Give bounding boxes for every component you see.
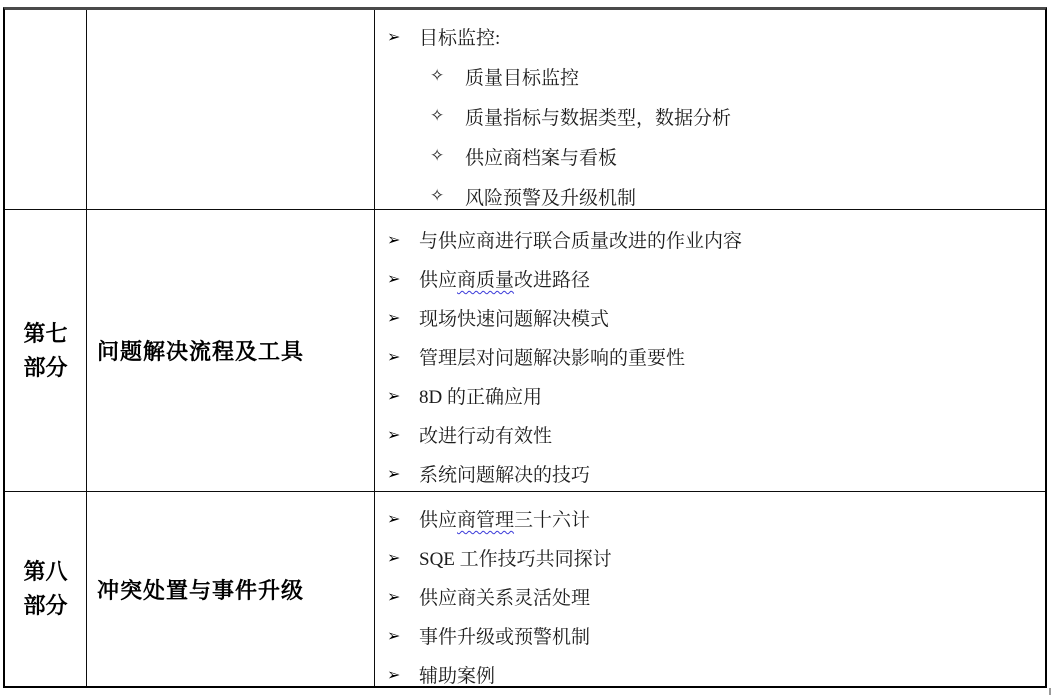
arrow-bullet-icon: ➢ — [387, 626, 419, 645]
misspelled-text-segment: 商质量 — [457, 270, 514, 291]
section-title-cell: 冲突处置与事件升级 — [87, 492, 375, 686]
list-item: ✧质量目标监控 — [375, 56, 1045, 96]
list-item-text: 风险预警及升级机制 — [465, 183, 636, 210]
part-cell: 第八部分 — [5, 492, 87, 686]
list-item-text: 8D 的正确应用 — [419, 382, 542, 409]
text-segment: 供应商关系灵活处理 — [419, 588, 590, 609]
part-cell: 第七部分 — [5, 210, 87, 492]
text-segment: 改进行动有效性 — [419, 426, 552, 447]
arrow-bullet-icon: ➢ — [387, 548, 419, 567]
list-item: ➢事件升级或预警机制 — [375, 616, 1045, 655]
text-segment: 供应 — [419, 270, 457, 291]
table-continuation-fragment — [1049, 688, 1051, 695]
section-title: 问题解决流程及工具 — [97, 335, 304, 366]
arrow-bullet-icon: ➢ — [387, 665, 419, 684]
arrow-bullet-icon: ➢ — [387, 308, 419, 327]
text-segment: 质量目标监控 — [465, 68, 579, 89]
list-item-text: 改进行动有效性 — [419, 421, 552, 448]
list-item: ➢供应商管理三十六计 — [375, 499, 1045, 538]
list-item-text: 质量目标监控 — [465, 63, 579, 90]
list-item: ➢现场快速问题解决模式 — [375, 298, 1045, 337]
list-item: ➢系统问题解决的技巧 — [375, 454, 1045, 492]
arrow-bullet-icon: ➢ — [387, 587, 419, 606]
diamond-bullet-icon: ✧ — [430, 146, 465, 166]
list-item-text: 质量指标与数据类型，数据分析 — [465, 103, 731, 130]
list-item-text: 管理层对问题解决影响的重要性 — [419, 343, 685, 370]
list-item: ➢管理层对问题解决影响的重要性 — [375, 337, 1045, 376]
bullet-list: ➢供应商管理三十六计➢SQE 工作技巧共同探讨➢供应商关系灵活处理➢事件升级或预… — [375, 492, 1045, 686]
list-item-text: 供应商质量改进路径 — [419, 265, 590, 292]
outline-table: ➢目标监控:✧质量目标监控✧质量指标与数据类型，数据分析✧供应商档案与看板✧风险… — [3, 7, 1047, 688]
text-segment: 系统问题解决的技巧 — [419, 465, 590, 486]
diamond-bullet-icon: ✧ — [430, 106, 465, 126]
list-item: ➢辅助案例 — [375, 655, 1045, 686]
section-title-cell — [87, 10, 375, 210]
arrow-bullet-icon: ➢ — [387, 425, 419, 444]
arrow-bullet-icon: ➢ — [387, 464, 419, 483]
list-item: ✧风险预警及升级机制 — [375, 176, 1045, 210]
part-label-line2: 部分 — [23, 589, 67, 623]
text-segment: 管理层对问题解决影响的重要性 — [419, 348, 685, 369]
section-title: 冲突处置与事件升级 — [97, 574, 304, 605]
section-title-cell: 问题解决流程及工具 — [87, 210, 375, 492]
arrow-bullet-icon: ➢ — [387, 386, 419, 405]
arrow-bullet-icon: ➢ — [387, 27, 419, 46]
arrow-bullet-icon: ➢ — [387, 230, 419, 249]
text-segment: SQE 工作技巧共同探讨 — [419, 549, 612, 570]
text-segment: 辅助案例 — [419, 666, 495, 686]
list-item: ➢供应商质量改进路径 — [375, 259, 1045, 298]
text-segment: 改进路径 — [514, 270, 590, 291]
arrow-bullet-icon: ➢ — [387, 347, 419, 366]
arrow-bullet-icon: ➢ — [387, 269, 419, 288]
text-segment: 事件升级或预警机制 — [419, 627, 590, 648]
list-item-text: SQE 工作技巧共同探讨 — [419, 544, 612, 571]
diamond-bullet-icon: ✧ — [430, 66, 465, 86]
list-item: ➢改进行动有效性 — [375, 415, 1045, 454]
items-cell: ➢目标监控:✧质量目标监控✧质量指标与数据类型，数据分析✧供应商档案与看板✧风险… — [375, 10, 1045, 210]
part-cell — [5, 10, 87, 210]
part-label-line1: 第八 — [23, 555, 67, 589]
list-item: ➢目标监控: — [375, 16, 1045, 56]
misspelled-text-segment: 商管理 — [457, 510, 514, 531]
part-label-line2: 部分 — [23, 351, 67, 385]
document-page: ➢目标监控:✧质量目标监控✧质量指标与数据类型，数据分析✧供应商档案与看板✧风险… — [0, 0, 1055, 695]
text-segment: 三十六计 — [514, 510, 590, 531]
list-item-text: 系统问题解决的技巧 — [419, 460, 590, 487]
list-item-text: 辅助案例 — [419, 661, 495, 686]
diamond-bullet-icon: ✧ — [430, 186, 465, 206]
text-segment: 供应 — [419, 510, 457, 531]
arrow-bullet-icon: ➢ — [387, 509, 419, 528]
text-segment: 与供应商进行联合质量改进的作业内容 — [419, 231, 742, 252]
list-item: ➢供应商关系灵活处理 — [375, 577, 1045, 616]
list-item: ➢SQE 工作技巧共同探讨 — [375, 538, 1045, 577]
text-segment: 目标监控: — [419, 28, 500, 49]
items-cell: ➢供应商管理三十六计➢SQE 工作技巧共同探讨➢供应商关系灵活处理➢事件升级或预… — [375, 492, 1045, 686]
list-item-text: 与供应商进行联合质量改进的作业内容 — [419, 226, 742, 253]
items-cell: ➢与供应商进行联合质量改进的作业内容➢供应商质量改进路径➢现场快速问题解决模式➢… — [375, 210, 1045, 492]
text-segment: 8D 的正确应用 — [419, 387, 542, 408]
bullet-list: ➢与供应商进行联合质量改进的作业内容➢供应商质量改进路径➢现场快速问题解决模式➢… — [375, 210, 1045, 492]
list-item: ✧质量指标与数据类型，数据分析 — [375, 96, 1045, 136]
text-segment: 风险预警及升级机制 — [465, 188, 636, 209]
list-item-text: 供应商管理三十六计 — [419, 505, 590, 532]
list-item: ✧供应商档案与看板 — [375, 136, 1045, 176]
list-item: ➢与供应商进行联合质量改进的作业内容 — [375, 220, 1045, 259]
text-segment: 质量指标与数据类型，数据分析 — [465, 108, 731, 129]
list-item-text: 目标监控: — [419, 23, 500, 50]
bullet-list: ➢目标监控:✧质量目标监控✧质量指标与数据类型，数据分析✧供应商档案与看板✧风险… — [375, 10, 1045, 210]
text-segment: 供应商档案与看板 — [465, 148, 617, 169]
list-item-text: 供应商关系灵活处理 — [419, 583, 590, 610]
list-item-text: 供应商档案与看板 — [465, 143, 617, 170]
part-label-line1: 第七 — [23, 317, 67, 351]
list-item: ➢8D 的正确应用 — [375, 376, 1045, 415]
text-segment: 现场快速问题解决模式 — [419, 309, 609, 330]
list-item-text: 事件升级或预警机制 — [419, 622, 590, 649]
list-item-text: 现场快速问题解决模式 — [419, 304, 609, 331]
